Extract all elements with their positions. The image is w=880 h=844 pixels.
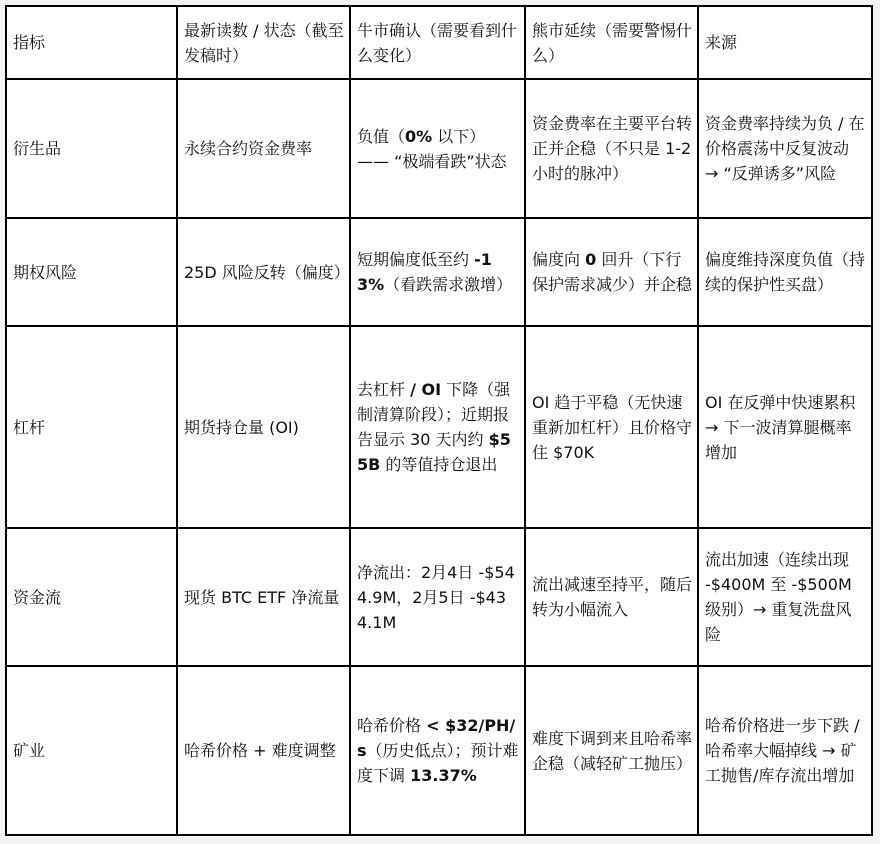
cell-bear: OI 趋于平稳（无快速重新加杠杆）且价格守住 $70K bbox=[525, 326, 698, 528]
cell-source: 资金费率持续为负 / 在价格震荡中反复波动 → “反弹诱多”风险 bbox=[698, 79, 872, 218]
cell-bull: 负值（0% 以下） —— “极端看跌”状态 bbox=[350, 79, 525, 218]
cell-bear: 难度下调到来且哈希率企稳（减轻矿工抛压） bbox=[525, 666, 698, 835]
table-row: 资金流 现货 BTC ETF 净流量 净流出：2月4日 -$544.9M，2月5… bbox=[6, 528, 872, 666]
table-row: 矿业 哈希价格 + 难度调整 哈希价格 < $32/PH/s（历史低点）；预计难… bbox=[6, 666, 872, 835]
cell-reading: 期货持仓量 (OI) bbox=[177, 326, 350, 528]
cell-source: OI 在反弹中快速累积 → 下一波清算腿概率增加 bbox=[698, 326, 872, 528]
header-source: 来源 bbox=[698, 6, 872, 79]
cell-reading: 25D 风险反转（偏度） bbox=[177, 218, 350, 326]
cell-reading: 现货 BTC ETF 净流量 bbox=[177, 528, 350, 666]
cell-indicator: 期权风险 bbox=[6, 218, 177, 326]
cell-source: 流出加速（连续出现 -$400M 至 -$500M 级别）→ 重复洗盘风险 bbox=[698, 528, 872, 666]
cell-bull: 哈希价格 < $32/PH/s（历史低点）；预计难度下调 13.37% bbox=[350, 666, 525, 835]
cell-reading: 哈希价格 + 难度调整 bbox=[177, 666, 350, 835]
cell-bull: 去杠杆 / OI 下降（强制清算阶段）；近期报告显示 30 天内约 $55B 的… bbox=[350, 326, 525, 528]
cell-indicator: 杠杆 bbox=[6, 326, 177, 528]
table-row: 杠杆 期货持仓量 (OI) 去杠杆 / OI 下降（强制清算阶段）；近期报告显示… bbox=[6, 326, 872, 528]
header-bear: 熊市延续（需要警惕什么） bbox=[525, 6, 698, 79]
header-bull: 牛市确认（需要看到什么变化） bbox=[350, 6, 525, 79]
header-reading: 最新读数 / 状态（截至发稿时） bbox=[177, 6, 350, 79]
header-row: 指标 最新读数 / 状态（截至发稿时） 牛市确认（需要看到什么变化） 熊市延续（… bbox=[6, 6, 872, 79]
cell-reading: 永续合约资金费率 bbox=[177, 79, 350, 218]
cell-indicator: 资金流 bbox=[6, 528, 177, 666]
indicator-table: 指标 最新读数 / 状态（截至发稿时） 牛市确认（需要看到什么变化） 熊市延续（… bbox=[5, 5, 873, 836]
cell-bull: 净流出：2月4日 -$544.9M，2月5日 -$434.1M bbox=[350, 528, 525, 666]
cell-indicator: 矿业 bbox=[6, 666, 177, 835]
header-indicator: 指标 bbox=[6, 6, 177, 79]
cell-bear: 资金费率在主要平台转正并企稳（不只是 1-2 小时的脉冲） bbox=[525, 79, 698, 218]
table-row: 衍生品 永续合约资金费率 负值（0% 以下） —— “极端看跌”状态 资金费率在… bbox=[6, 79, 872, 218]
table-row: 期权风险 25D 风险反转（偏度） 短期偏度低至约 -13%（看跌需求激增） 偏… bbox=[6, 218, 872, 326]
cell-source: 偏度维持深度负值（持续的保护性买盘） bbox=[698, 218, 872, 326]
cell-indicator: 衍生品 bbox=[6, 79, 177, 218]
cell-bull: 短期偏度低至约 -13%（看跌需求激增） bbox=[350, 218, 525, 326]
cell-bear: 偏度向 0 回升（下行保护需求减少）并企稳 bbox=[525, 218, 698, 326]
cell-bear: 流出减速至持平，随后转为小幅流入 bbox=[525, 528, 698, 666]
cell-source: 哈希价格进一步下跌 / 哈希率大幅掉线 → 矿工抛售/库存流出增加 bbox=[698, 666, 872, 835]
